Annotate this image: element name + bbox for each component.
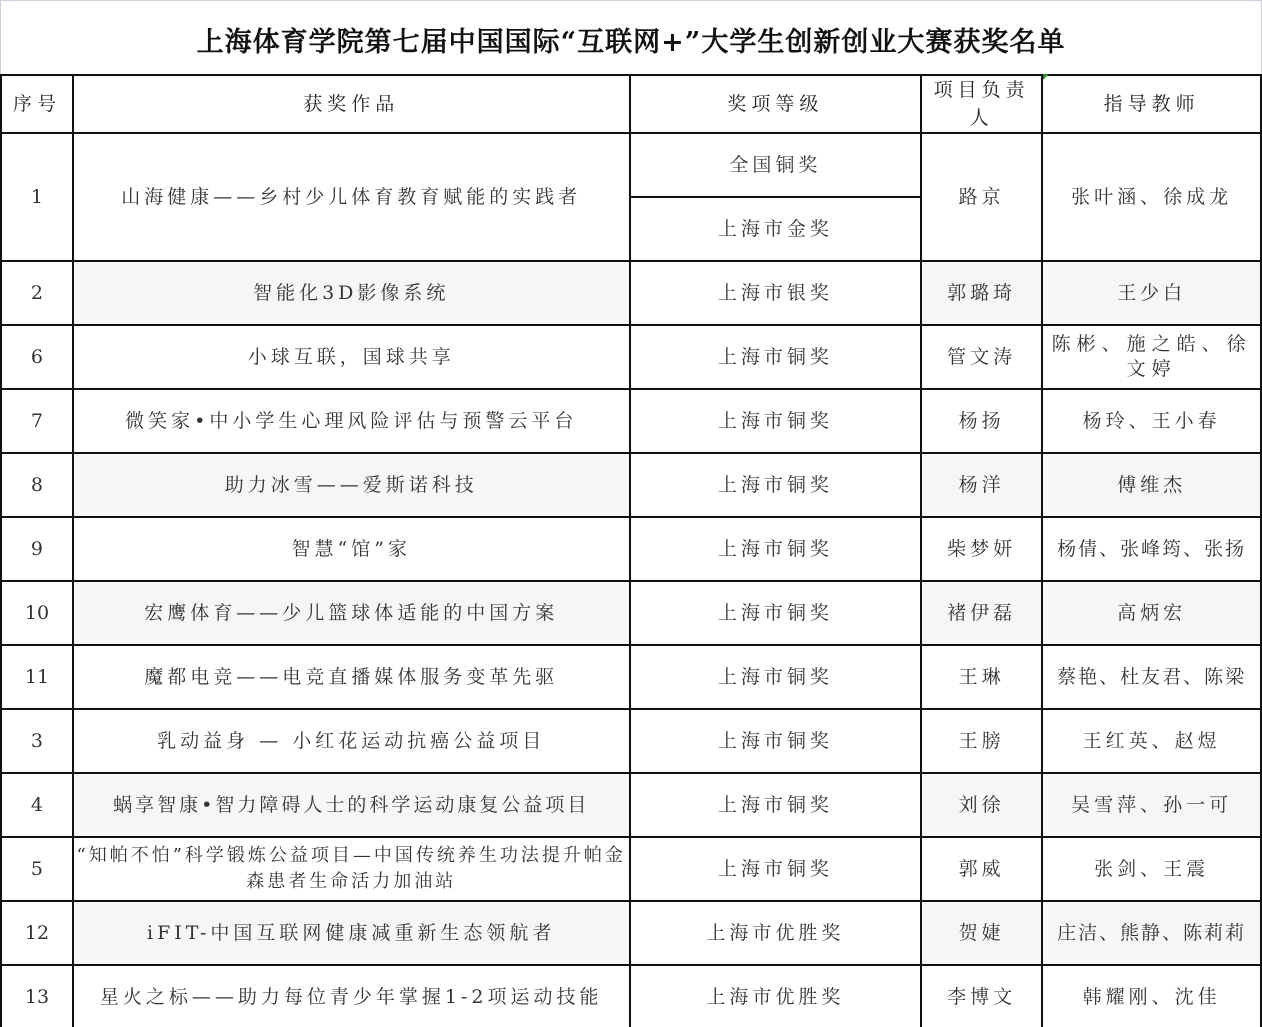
page-title: 上海体育学院第七届中国国际“互联网+”大学生创新创业大赛获奖名单 bbox=[197, 20, 1066, 59]
table-row: 10 宏鹰体育——少儿篮球体适能的中国方案 上海市铜奖 褚伊磊 高炳宏 bbox=[1, 581, 1261, 645]
cell-project: 智能化3D影像系统 bbox=[73, 261, 630, 325]
cell-advisor: 杨玲、王小春 bbox=[1042, 389, 1261, 453]
cell-index: 11 bbox=[1, 645, 73, 709]
cell-advisor: 杨倩、张峰筠、张扬 bbox=[1042, 517, 1261, 581]
cell-leader: 褚伊磊 bbox=[921, 581, 1042, 645]
cell-advisor: 蔡艳、杜友君、陈梁 bbox=[1042, 645, 1261, 709]
awards-table: 序号 获奖作品 奖项等级 项目负责人 指导教师 1 山海健康——乡村少儿体育教育… bbox=[0, 74, 1262, 1027]
cell-award: 上海市铜奖 bbox=[630, 517, 922, 581]
table-row: 3 乳动益身 — 小红花运动抗癌公益项目 上海市铜奖 王膀 王红英、赵煜 bbox=[1, 709, 1261, 773]
cell-advisor: 张叶涵、徐成龙 bbox=[1042, 133, 1261, 261]
cell-advisor: 韩耀刚、沈佳 bbox=[1042, 965, 1261, 1027]
cell-leader: 路京 bbox=[921, 133, 1042, 261]
cell-award: 上海市银奖 bbox=[630, 261, 922, 325]
cell-index: 1 bbox=[1, 133, 73, 261]
cell-leader: 杨扬 bbox=[921, 389, 1042, 453]
comment-indicator-icon[interactable] bbox=[1043, 74, 1049, 80]
cell-advisor: 庄洁、熊静、陈莉莉 bbox=[1042, 901, 1261, 965]
cell-project: iFIT-中国互联网健康减重新生态领航者 bbox=[73, 901, 630, 965]
header-index: 序号 bbox=[1, 75, 73, 133]
cell-leader: 王膀 bbox=[921, 709, 1042, 773]
cell-award: 上海市铜奖 bbox=[630, 837, 922, 901]
cell-project: 乳动益身 — 小红花运动抗癌公益项目 bbox=[73, 709, 630, 773]
header-leader: 项目负责人 bbox=[921, 75, 1042, 133]
table-row: 4 蜗享智康•智力障碍人士的科学运动康复公益项目 上海市铜奖 刘徐 吴雪萍、孙一… bbox=[1, 773, 1261, 837]
cell-project: 魔都电竞——电竞直播媒体服务变革先驱 bbox=[73, 645, 630, 709]
cell-award: 上海市铜奖 bbox=[630, 453, 922, 517]
cell-leader: 贺婕 bbox=[921, 901, 1042, 965]
cell-leader: 郭璐琦 bbox=[921, 261, 1042, 325]
cell-project: 宏鹰体育——少儿篮球体适能的中国方案 bbox=[73, 581, 630, 645]
cell-index: 9 bbox=[1, 517, 73, 581]
table-row: 12 iFIT-中国互联网健康减重新生态领航者 上海市优胜奖 贺婕 庄洁、熊静、… bbox=[1, 901, 1261, 965]
cell-award: 上海市铜奖 bbox=[630, 645, 922, 709]
cell-index: 2 bbox=[1, 261, 73, 325]
cell-index: 5 bbox=[1, 837, 73, 901]
table-row: 5 “知帕不怕”科学锻炼公益项目—中国传统养生功法提升帕金森患者生命活力加油站 … bbox=[1, 837, 1261, 901]
cell-award: 上海市优胜奖 bbox=[630, 965, 922, 1027]
cell-leader: 郭威 bbox=[921, 837, 1042, 901]
cell-advisor: 王红英、赵煜 bbox=[1042, 709, 1261, 773]
cell-leader: 管文涛 bbox=[921, 325, 1042, 389]
cell-advisor: 张剑、王震 bbox=[1042, 837, 1261, 901]
cell-index: 8 bbox=[1, 453, 73, 517]
cell-award: 上海市铜奖 bbox=[630, 325, 922, 389]
cell-advisor: 吴雪萍、孙一可 bbox=[1042, 773, 1261, 837]
cell-index: 4 bbox=[1, 773, 73, 837]
cell-advisor: 王少白 bbox=[1042, 261, 1261, 325]
cell-award: 上海市优胜奖 bbox=[630, 901, 922, 965]
cell-award: 上海市铜奖 bbox=[630, 581, 922, 645]
cell-project: 智慧“馆”家 bbox=[73, 517, 630, 581]
cell-project: “知帕不怕”科学锻炼公益项目—中国传统养生功法提升帕金森患者生命活力加油站 bbox=[73, 837, 630, 901]
table-row: 13 星火之标——助力每位青少年掌握1-2项运动技能 上海市优胜奖 李博文 韩耀… bbox=[1, 965, 1261, 1027]
cell-index: 12 bbox=[1, 901, 73, 965]
cell-leader: 杨洋 bbox=[921, 453, 1042, 517]
cell-index: 13 bbox=[1, 965, 73, 1027]
cell-index: 10 bbox=[1, 581, 73, 645]
cell-leader: 李博文 bbox=[921, 965, 1042, 1027]
sheet-title-area: 上海体育学院第七届中国国际“互联网+”大学生创新创业大赛获奖名单 bbox=[0, 0, 1262, 74]
cell-project: 星火之标——助力每位青少年掌握1-2项运动技能 bbox=[73, 965, 630, 1027]
header-advisor: 指导教师 bbox=[1042, 75, 1261, 133]
cell-project: 小球互联，国球共享 bbox=[73, 325, 630, 389]
cell-project: 蜗享智康•智力障碍人士的科学运动康复公益项目 bbox=[73, 773, 630, 837]
cell-index: 3 bbox=[1, 709, 73, 773]
cell-leader: 王琳 bbox=[921, 645, 1042, 709]
table-row: 6 小球互联，国球共享 上海市铜奖 管文涛 陈彬、施之皓、徐文婷 bbox=[1, 325, 1261, 389]
cell-award: 上海市铜奖 bbox=[630, 709, 922, 773]
cell-project: 微笑家•中小学生心理风险评估与预警云平台 bbox=[73, 389, 630, 453]
cell-leader: 柴梦妍 bbox=[921, 517, 1042, 581]
header-project: 获奖作品 bbox=[73, 75, 630, 133]
cell-award: 全国铜奖 bbox=[630, 133, 922, 197]
cell-project: 山海健康——乡村少儿体育教育赋能的实践者 bbox=[73, 133, 630, 261]
table-row: 7 微笑家•中小学生心理风险评估与预警云平台 上海市铜奖 杨扬 杨玲、王小春 bbox=[1, 389, 1261, 453]
table-row: 2 智能化3D影像系统 上海市银奖 郭璐琦 王少白 bbox=[1, 261, 1261, 325]
cell-advisor: 傅维杰 bbox=[1042, 453, 1261, 517]
header-award: 奖项等级 bbox=[630, 75, 922, 133]
cell-project: 助力冰雪——爱斯诺科技 bbox=[73, 453, 630, 517]
cell-advisor: 陈彬、施之皓、徐文婷 bbox=[1042, 325, 1261, 389]
cell-advisor: 高炳宏 bbox=[1042, 581, 1261, 645]
header-row: 序号 获奖作品 奖项等级 项目负责人 指导教师 bbox=[1, 75, 1261, 133]
cell-leader: 刘徐 bbox=[921, 773, 1042, 837]
cell-index: 6 bbox=[1, 325, 73, 389]
cell-award: 上海市金奖 bbox=[630, 197, 922, 261]
cell-award: 上海市铜奖 bbox=[630, 773, 922, 837]
table-row: 11 魔都电竞——电竞直播媒体服务变革先驱 上海市铜奖 王琳 蔡艳、杜友君、陈梁 bbox=[1, 645, 1261, 709]
cell-index: 7 bbox=[1, 389, 73, 453]
table-row: 8 助力冰雪——爱斯诺科技 上海市铜奖 杨洋 傅维杰 bbox=[1, 453, 1261, 517]
table-row: 1 山海健康——乡村少儿体育教育赋能的实践者 全国铜奖 路京 张叶涵、徐成龙 bbox=[1, 133, 1261, 197]
table-row: 9 智慧“馆”家 上海市铜奖 柴梦妍 杨倩、张峰筠、张扬 bbox=[1, 517, 1261, 581]
cell-award: 上海市铜奖 bbox=[630, 389, 922, 453]
